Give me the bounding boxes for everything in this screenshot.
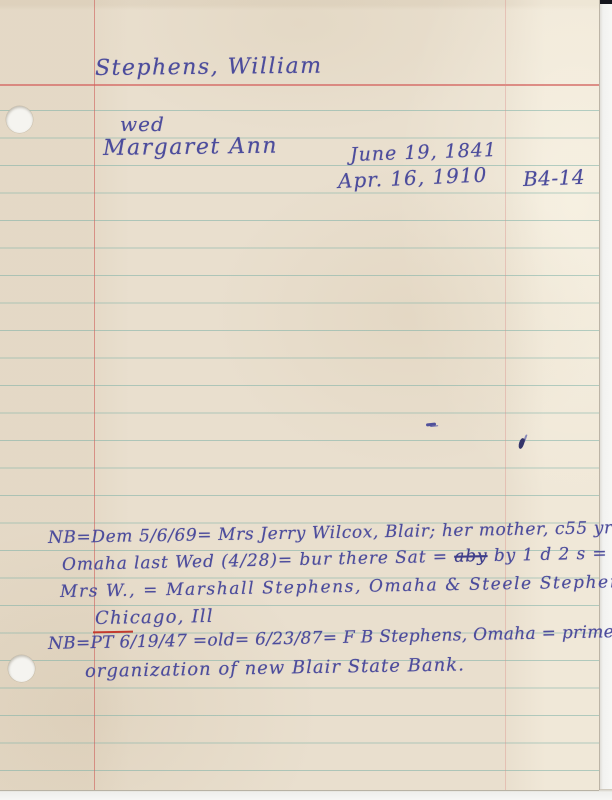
crossed-out-word: aby	[454, 546, 488, 567]
header-rule-line	[0, 84, 599, 86]
scan-artifact-mark	[600, 0, 612, 4]
paper-page: Stephens, William wed Margaret Ann June …	[0, 0, 599, 790]
note-line-4: Chicago, Ill	[95, 606, 214, 629]
reference-code: B4-14	[523, 165, 586, 191]
hole-punch-bottom	[8, 655, 35, 682]
right-margin-line	[505, 0, 506, 790]
scanner-background	[599, 0, 612, 800]
scanner-background-bottom	[0, 789, 612, 800]
relation-note: wed	[120, 112, 165, 136]
hole-punch-top	[6, 106, 33, 133]
spouse-name: Margaret Ann	[103, 134, 278, 161]
scanned-page: Stephens, William wed Margaret Ann June …	[0, 0, 612, 800]
surname-heading: Stephens, William	[95, 54, 323, 81]
note-line-2-post: by 1 d 2 s =	[487, 544, 607, 567]
